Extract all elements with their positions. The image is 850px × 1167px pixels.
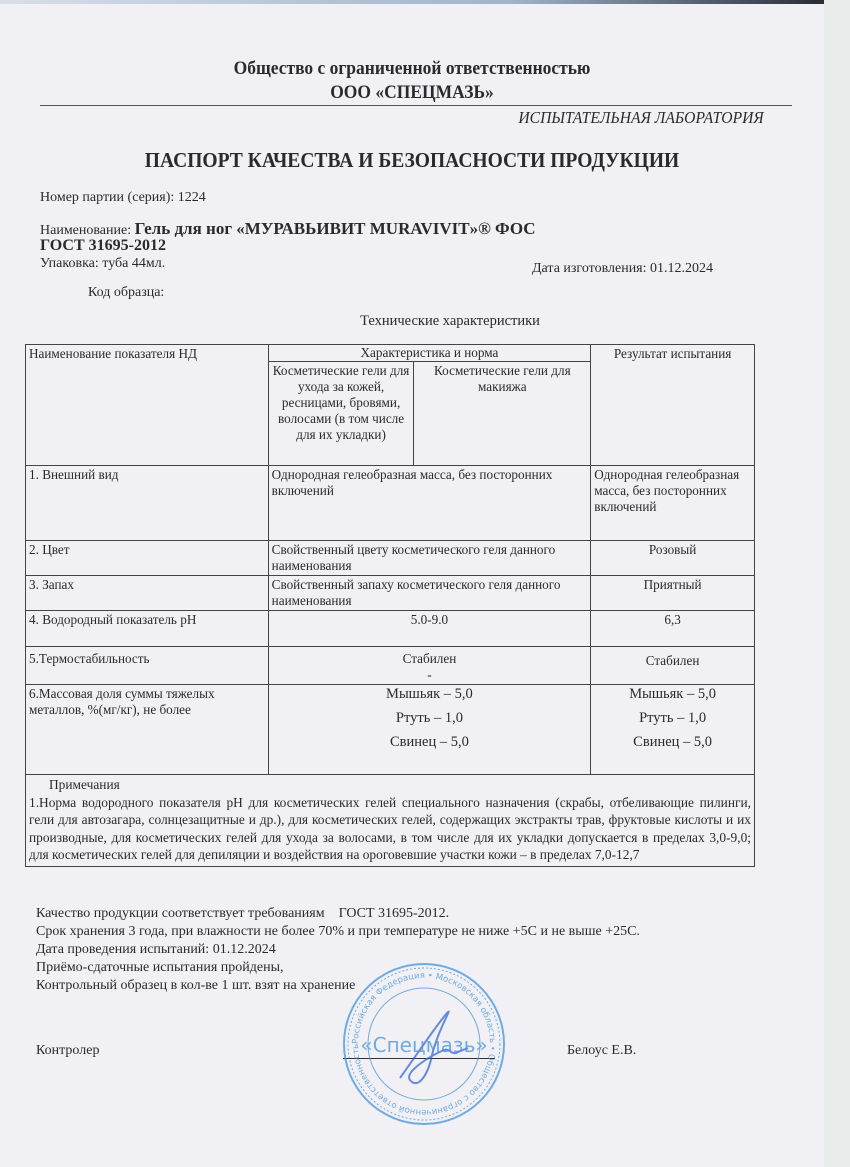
sample-code: Код образца: [88,285,164,301]
product-name-label: Наименование: [40,223,131,238]
norm-arsenic: Мышьяк – 5,0 [272,686,588,702]
document-page: Общество с ограниченной ответственностью… [0,0,824,1167]
org-name-line2: ООО «СПЕЦМАЗЬ» [33,82,791,104]
product-name-value: Гель для ног «МУРАВЬИВИТ MURAVIVIT»® ФОС [135,219,536,238]
row-result: Однородная гелеобразная масса, без посто… [591,466,755,541]
manufacture-date-value: 01.12.2024 [650,261,713,276]
header-norm-makeup-gels: Косметические гели для макияжа [414,362,591,466]
row-norm: Однородная гелеобразная масса, без посто… [268,466,591,541]
result-mercury: Ртуть – 1,0 [594,710,751,726]
norm-lead: Свинец – 5,0 [272,734,588,750]
row-indicator: 1. Внешний вид [26,466,269,541]
table-row: 5.Термостабильность Стабилен - Стабилен [26,647,755,685]
row-result: Розовый [591,541,755,576]
lab-name: ИСПЫТАТЕЛЬНАЯ ЛАБОРАТОРИЯ [519,108,764,128]
result-lead: Свинец – 5,0 [594,734,751,750]
product-name: Наименование: Гель для ног «МУРАВЬИВИТ M… [40,219,536,239]
notes-cell: Примечания 1.Норма водородного показател… [26,775,755,867]
manufacture-date-label: Дата изготовления: [532,261,647,276]
row-indicator: 5.Термостабильность [26,647,269,685]
header-norm: Характеристика и норма [268,345,591,362]
row-norm-extra: - [272,667,588,683]
package: Упаковка: туба 44мл. [40,256,165,272]
notes-text: 1.Норма водородного показателя pH для ко… [29,794,751,864]
batch-label: Номер партии (серия): [40,190,174,205]
header-result: Результат испытания [591,345,755,466]
table-header-row: Наименование показателя НД Характеристик… [26,345,755,362]
package-label: Упаковка: [40,256,99,271]
row-norm: Свойственный запаху косметического геля … [268,576,591,611]
sample-code-label: Код образца: [88,285,164,300]
footer-control-sample: Контрольный образец в кол-ве 1 шт. взят … [36,978,355,994]
batch-value: 1224 [178,190,206,205]
row-indicator: 3. Запах [26,576,269,611]
batch-number: Номер партии (серия): 1224 [40,190,206,206]
row-indicator: 2. Цвет [26,541,269,576]
footer-shelf-life: Срок хранения 3 года, при влажности не б… [36,924,640,940]
scan-edge [0,0,850,4]
header-norm-care-gels: Косметические гели для ухода за кожей, р… [268,362,414,466]
row-indicator: 4. Водородный показатель pH [26,611,269,647]
row-norm: Стабилен - [268,647,591,685]
product-gost: ГОСТ 31695-2012 [40,237,166,255]
notes-title: Примечания [29,776,751,794]
result-arsenic: Мышьяк – 5,0 [594,686,751,702]
row-norm: Мышьяк – 5,0 Ртуть – 1,0 Свинец – 5,0 [268,685,591,775]
org-name-line1: Общество с ограниченной ответственностью [33,58,791,80]
footer-compliance: Качество продукции соответствует требова… [36,906,449,922]
header-divider [40,105,792,106]
manufacture-date: Дата изготовления: 01.12.2024 [532,261,713,277]
row-result: 6,3 [591,611,755,647]
specs-table: Наименование показателя НД Характеристик… [25,344,755,867]
table-row: 6.Массовая доля суммы тяжелых металлов, … [26,685,755,775]
row-norm: Свойственный цвету косметического геля д… [268,541,591,576]
row-result: Мышьяк – 5,0 Ртуть – 1,0 Свинец – 5,0 [591,685,755,775]
controller-name: Белоус Е.В. [567,1043,636,1059]
norm-mercury: Ртуть – 1,0 [272,710,588,726]
table-caption: Технические характеристики [0,313,850,330]
table-row: 3. Запах Свойственный запаху косметическ… [26,576,755,611]
table-row: 1. Внешний вид Однородная гелеобразная м… [26,466,755,541]
document-title: ПАСПОРТ КАЧЕСТВА И БЕЗОПАСНОСТИ ПРОДУКЦИ… [29,148,795,173]
package-value: туба 44мл. [102,256,165,271]
table-row: 2. Цвет Свойственный цвету косметическог… [26,541,755,576]
row-norm-value: Стабилен [272,651,588,667]
row-norm: 5.0-9.0 [268,611,591,647]
header-indicator: Наименование показателя НД [26,345,269,466]
company-stamp-icon: Российская Федерация • Московская област… [340,960,508,1128]
row-result: Приятный [591,576,755,611]
controller-label: Контролер [36,1043,99,1059]
row-indicator: 6.Массовая доля суммы тяжелых металлов, … [26,685,269,775]
notes-row: Примечания 1.Норма водородного показател… [26,775,755,867]
scan-margin [824,0,850,1167]
footer-test-date: Дата проведения испытаний: 01.12.2024 [36,942,276,958]
row-result: Стабилен [591,647,755,685]
footer-acceptance: Приёмо-сдаточные испытания пройдены, [36,960,284,976]
table-row: 4. Водородный показатель pH 5.0-9.0 6,3 [26,611,755,647]
